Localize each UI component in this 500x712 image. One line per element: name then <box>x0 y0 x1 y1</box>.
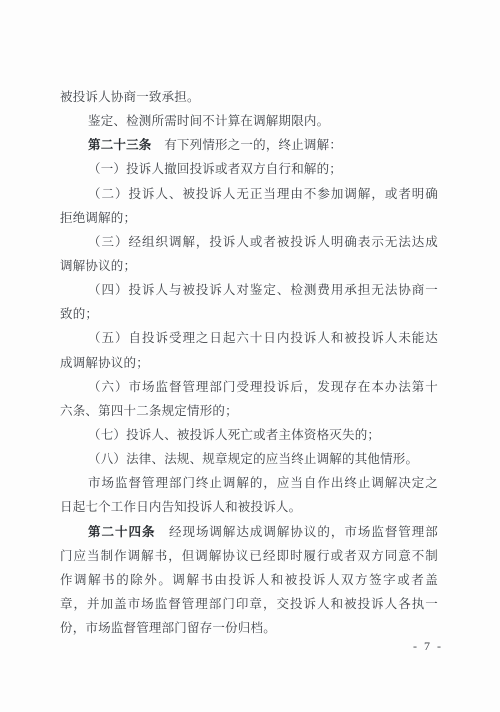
article-24-intro: 经现场调解达成调解协议的，市场监督管理部 <box>155 525 438 539</box>
doc-line: 份，市场监督管理部门留存一份归档。 <box>60 616 438 640</box>
document-body: 被投诉人协商一致承担。 鉴定、检测所需时间不计算在调解期限内。 第二十三条 有下… <box>60 85 438 640</box>
document-page: 被投诉人协商一致承担。 鉴定、检测所需时间不计算在调解期限内。 第二十三条 有下… <box>0 0 500 712</box>
doc-line: 被投诉人协商一致承担。 <box>60 85 438 109</box>
article-23-intro: 有下列情形之一的，终止调解： <box>152 138 343 152</box>
article-24-number: 第二十四条 <box>88 525 155 539</box>
article-23-number: 第二十三条 <box>88 138 152 152</box>
doc-line: 作调解书的除外。调解书由投诉人和被投诉人双方签字或者盖 <box>60 568 438 592</box>
doc-line: 六条、第四十二条规定情形的； <box>60 399 438 423</box>
doc-line-item-3: （三）经组织调解，投诉人或者被投诉人明确表示无法达成 <box>60 230 438 254</box>
doc-line: 日起七个工作日内告知投诉人和被投诉人。 <box>60 495 438 519</box>
doc-line-item-8: （八）法律、法规、规章规定的应当终止调解的其他情形。 <box>60 447 438 471</box>
doc-line: 市场监督管理部门终止调解的，应当自作出终止调解决定之 <box>60 471 438 495</box>
doc-line-item-7: （七）投诉人、被投诉人死亡或者主体资格灭失的； <box>60 423 438 447</box>
doc-line: 致的； <box>60 302 438 326</box>
doc-line: 调解协议的； <box>60 254 438 278</box>
doc-line-item-6: （六）市场监督管理部门受理投诉后，发现存在本办法第十 <box>60 375 438 399</box>
page-number: - 7 - <box>413 636 443 656</box>
doc-line-item-5: （五）自投诉受理之日起六十日内投诉人和被投诉人未能达 <box>60 326 438 350</box>
doc-line-article-23: 第二十三条 有下列情形之一的，终止调解： <box>60 133 438 157</box>
doc-line-item-1: （一）投诉人撤回投诉或者双方自行和解的； <box>60 157 438 181</box>
doc-line: 成调解协议的； <box>60 351 438 375</box>
doc-line: 章，并加盖市场监督管理部门印章，交投诉人和被投诉人各执一 <box>60 592 438 616</box>
doc-line: 拒绝调解的； <box>60 206 438 230</box>
doc-line-article-24: 第二十四条 经现场调解达成调解协议的，市场监督管理部 <box>60 520 438 544</box>
doc-line: 鉴定、检测所需时间不计算在调解期限内。 <box>60 109 438 133</box>
doc-line-item-2: （二）投诉人、被投诉人无正当理由不参加调解，或者明确 <box>60 182 438 206</box>
doc-line-item-4: （四）投诉人与被投诉人对鉴定、检测费用承担无法协商一 <box>60 278 438 302</box>
doc-line: 门应当制作调解书，但调解协议已经即时履行或者双方同意不制 <box>60 544 438 568</box>
